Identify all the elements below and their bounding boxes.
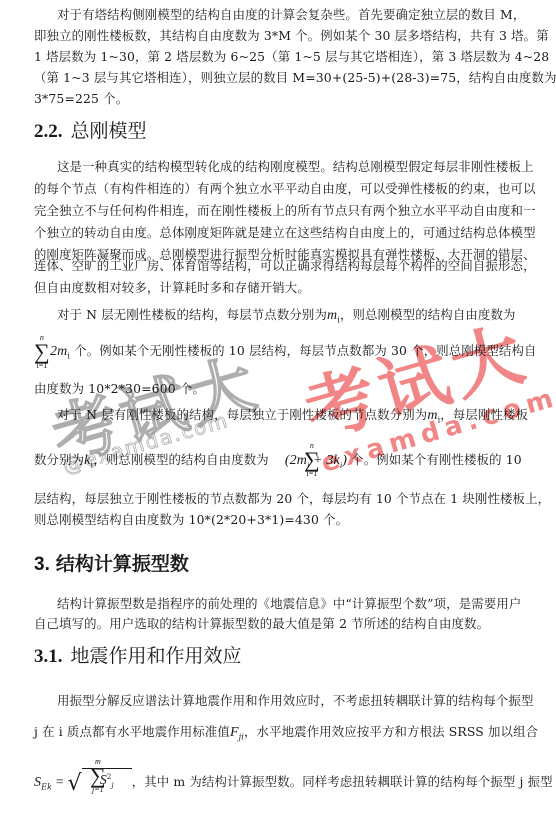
text-line: 连体、空旷的工业厂房、体育馆等结构，可以正确求得结构每层每个构件的空间自振形态， — [34, 257, 534, 274]
section-title: 地震作用和作用效应 — [71, 645, 242, 667]
summation-symbol: n ∑ i=1 — [304, 442, 320, 478]
section-heading-2-2: 2.2.总刚模型 — [34, 116, 147, 143]
sigma-icon: ∑ — [90, 766, 106, 786]
text: ，则总刚模型的结构自由度数为 — [340, 307, 516, 322]
text-line: 用振型分解反应谱法计算地震作用和作用效应时，不考虑扭转耦联计算的结构每个振型 — [57, 692, 534, 709]
summation-symbol: m ∑ j=1 — [90, 758, 106, 794]
text-line: 这是一种真实的结构模型转化成的结构刚度模型。结构总刚模型假定每层非刚性楼板上 — [57, 158, 534, 175]
section-title: 结构计算振型数 — [56, 554, 189, 575]
document-page: 考试大 @examda.com 考试大 examda.com 对于有塔结构侧刚模… — [0, 0, 556, 821]
text-line: 个独立的转动自由度。总体刚度矩阵就是建立在这些结构自由度上的，可通过结构总体模型 — [34, 224, 534, 241]
math-var: m — [427, 408, 437, 423]
text: 数分别为 — [34, 452, 84, 467]
equals-sign: = — [52, 775, 67, 790]
text-line: 对于 N 层无刚性楼板的结构，每层节点数分别为mi，则总刚模型的结构自由度数为 — [57, 306, 534, 328]
text-line: 3*75=225 个。 — [34, 90, 534, 107]
section-number: 3.1. — [34, 646, 63, 667]
text: 对于 N 层有刚性楼板的结构，每层独立于刚性楼板的节点数分别为 — [57, 407, 427, 422]
section-title: 总刚模型 — [71, 120, 147, 142]
text-line: 完全独立不与任何构件相连，而在刚性楼板上的所有节点只有两个独立水平平动自由度和一 — [34, 202, 534, 219]
math-sub: Ek — [41, 783, 52, 792]
text-line: j 在 i 质点都有水平地震作用标准值Fji，水平地震作用效应按平方和方根法 S… — [34, 723, 534, 745]
text-line: 则总刚模型结构自由度数为 10*(2*20+3*1)=430 个。 — [34, 511, 534, 528]
text-line: 自己填写的。用户选取的结构计算振型数的最大值是第 2 节所述的结构自由度数。 — [34, 615, 534, 632]
math-var: F — [230, 725, 239, 740]
text-line: 由度数为 10*2*30=600 个。 — [34, 380, 534, 397]
text-line: 对于 N 层有刚性楼板的结构，每层独立于刚性楼板的节点数分别为mi，每层刚性楼板 — [57, 406, 534, 428]
text-line: 的每个节点（有构件相连的）有两个独立水平平动自由度，可以受弹性楼板的约束，也可以 — [34, 180, 534, 197]
text: ，每层刚性楼板 — [440, 407, 528, 422]
section-number: 2.2. — [34, 121, 63, 142]
text-line: 结构计算振型数是指程序的前处理的《地震信息》中“计算振型个数”项，是需要用户 — [57, 595, 534, 612]
text-line: （第 1~3 层与其它塔相连），则独立层的数目 M=30+(25-5)+(28-… — [34, 69, 534, 86]
text: j 在 i 质点都有水平地震作用标准值 — [34, 724, 230, 739]
math-var: m — [327, 308, 337, 323]
text: ，水平地震作用效应按平方和方根法 SRSS 加以组合 — [244, 724, 538, 739]
section-number: 3. — [34, 554, 50, 575]
text-line: 但自由度数相对较多，计算耗时多和存储开销大。 — [34, 279, 534, 296]
text: ，其中 m 为结构计算振型数。同样考虑扭转耦联计算的结构每个振型 j 振型 — [132, 774, 553, 789]
sum-lower: j=1 — [90, 786, 106, 794]
text-line: 即独立的刚性楼板数，其结构自由度数为 3*M 个。例如某个 30 层多塔结构，共… — [34, 27, 534, 44]
section-heading-3: 3.结构计算振型数 — [34, 549, 189, 576]
math-sup: 2 — [107, 773, 112, 781]
text: 个。例如某个无刚性楼板的 10 层结构，每层节点数都为 30 个，则总刚模型结构… — [70, 343, 536, 358]
section-heading-3-1: 3.1.地震作用和作用效应 — [34, 641, 242, 668]
math-expr: 2m — [50, 344, 67, 359]
text: 个。例如某个有刚性楼板的 10 — [347, 452, 522, 467]
text-line: 数分别为ki，则总刚模型的结构自由度数为(2mi + 3ki) 个。例如某个有刚… — [34, 451, 534, 474]
sigma-icon: ∑ — [34, 342, 50, 362]
text-line: 1 塔层数为 1~30，第 2 塔层数为 6~25（第 1~5 层与其它塔相连）… — [34, 48, 534, 65]
text: 对于 N 层无刚性楼板的结构，每层节点数分别为 — [57, 307, 327, 322]
text-line: 2mi 个。例如某个无刚性楼板的 10 层结构，每层节点数都为 30 个，则总刚… — [50, 342, 550, 364]
math-sub: j — [111, 782, 113, 790]
sqrt-icon: √ — [68, 771, 82, 796]
text: ，则总刚模型的结构自由度数为 — [93, 452, 269, 467]
text-line: 对于有塔结构侧刚模型的结构自由度的计算会复杂些。首先要确定独立层的数目 M， — [57, 6, 534, 23]
formula-line: SEk = √S2j，其中 m 为结构计算振型数。同样考虑扭转耦联计算的结构每个… — [34, 770, 534, 796]
text-line: 层结构，每层独立于刚性楼板的节点数都为 20 个，每层均有 10 个节点在 1 … — [34, 490, 534, 507]
summation-symbol: n ∑ i=1 — [34, 334, 50, 370]
sigma-icon: ∑ — [304, 450, 320, 470]
